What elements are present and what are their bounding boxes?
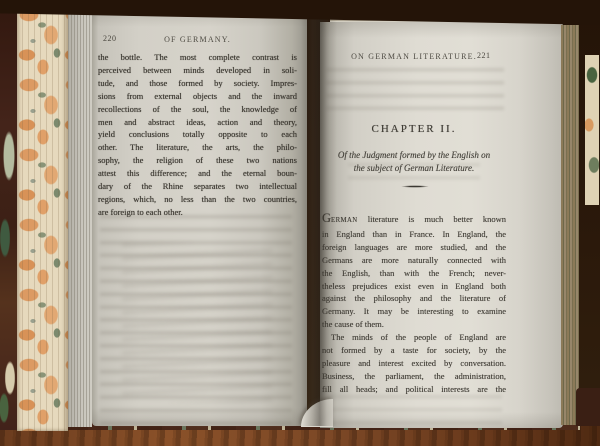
body-paragraph-2: The minds of the people of England areno… xyxy=(322,331,506,396)
right-page: ON GERMAN LITERATURE. 221 CHAPTER II. Of… xyxy=(320,22,563,428)
page-number-right: 221 xyxy=(477,51,491,60)
page-edges-left xyxy=(68,9,92,427)
chapter-subtitle: Of the Judgment formed by the English on… xyxy=(322,149,506,174)
body-text-right: GERMAN literature is much better known i… xyxy=(322,213,506,396)
text-line: Germans are more naturally connected wit… xyxy=(322,254,506,267)
show-through-ghost xyxy=(122,243,272,403)
first-line-rest: literature is much better known xyxy=(358,214,506,224)
text-line: sions from external objects and the inwa… xyxy=(98,90,297,103)
text-line: the cause of them. xyxy=(322,318,506,331)
text-line: against the philosophy and the literatur… xyxy=(322,292,506,305)
running-head-left: OF GERMANY. xyxy=(98,35,297,44)
text-line: theless prejudices exist even in England… xyxy=(322,280,506,293)
text-line: The minds of the people of England are xyxy=(322,331,506,344)
text-line: other. The literature, the arts, the phi… xyxy=(98,141,297,154)
text-line: are foreign to each other. xyxy=(98,206,297,219)
text-line: pleasure and interest excited by convers… xyxy=(322,357,506,370)
text-line: recollections of the soul, the knowledge… xyxy=(98,103,297,116)
text-line: tude, and those formed by society. Impre… xyxy=(98,77,297,90)
text-line: in England than in France. In England, t… xyxy=(322,228,506,241)
body-text-left: the bottle. The most complete contrast i… xyxy=(98,51,297,219)
text-line: the bottle. The most complete contrast i… xyxy=(98,51,297,64)
text-line: men and abstract ideas, action and theor… xyxy=(98,116,297,129)
text-line: the English, than with the French; never… xyxy=(322,267,506,280)
text-line: sophy, the religion of these two nations xyxy=(98,154,297,167)
text-line: Business, the parliament, the administra… xyxy=(322,370,506,383)
text-line: attest this difference; and the eternal … xyxy=(98,167,297,180)
chapter-heading: CHAPTER II. xyxy=(322,123,506,135)
marbled-fore-edge xyxy=(17,5,68,431)
show-through-ghost xyxy=(328,395,502,425)
drop-cap: G xyxy=(322,211,331,225)
text-line: the subject of German Literature. xyxy=(322,162,506,175)
body-paragraph-1: GERMAN literature is much better known i… xyxy=(322,213,506,331)
small-caps-text: ERMAN xyxy=(331,217,358,224)
text-line: perceived between minds developed in sol… xyxy=(98,64,297,77)
paragraph-lines: in England than in France. In England, t… xyxy=(322,228,506,331)
board-corner-right xyxy=(576,388,600,426)
page-edges-right xyxy=(561,25,579,425)
show-through-ghost xyxy=(100,215,292,425)
text-line: dary of the Rhine separates two intellec… xyxy=(98,180,297,193)
show-through-ghost xyxy=(326,68,504,118)
text-line: Germany. It may be interesting to examin… xyxy=(322,305,506,318)
marbled-board-right xyxy=(585,55,599,205)
text-line: not formed by a taste for society, by th… xyxy=(322,344,506,357)
text-line: regions, which, no less than the two cou… xyxy=(98,193,297,206)
text-line: yield conclusions totally opposite to ea… xyxy=(98,128,297,141)
text-line: GERMAN literature is much better known xyxy=(322,213,506,228)
book-photo: 220 OF GERMANY. the bottle. The most com… xyxy=(0,0,600,446)
left-page: 220 OF GERMANY. the bottle. The most com… xyxy=(92,13,307,426)
leather-spine-edge xyxy=(0,6,17,430)
text-line: fill all heads; and political interests … xyxy=(322,383,506,396)
text-line: foreign languages are more studied, and … xyxy=(322,241,506,254)
swelled-rule-ornament xyxy=(396,185,434,188)
text-line: Of the Judgment formed by the English on xyxy=(322,149,506,162)
